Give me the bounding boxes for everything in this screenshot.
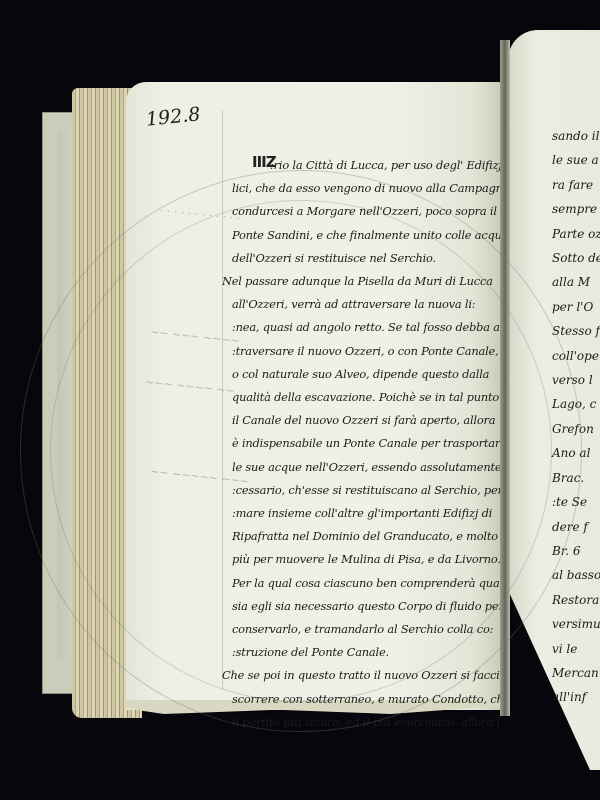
- text-line: :rio la Città di Lucca, per uso degl' Ed…: [232, 154, 500, 177]
- text-line: le sue acque nell'Ozzeri, essendo assolu…: [232, 456, 500, 479]
- text-line: :struzione del Ponte Canale.: [232, 641, 500, 664]
- book-gutter: [500, 40, 510, 716]
- text-line: Ponte Sandini, e che finalmente unito co…: [232, 224, 500, 247]
- text-line: alla M: [552, 270, 600, 294]
- text-line: Nel passare adunque la Pisella da Muri d…: [222, 270, 500, 293]
- margin-rule-line: [222, 110, 223, 690]
- text-line: Sotto de: [552, 246, 600, 270]
- text-line: Ano al: [552, 441, 600, 465]
- text-line: Br. 6: [552, 539, 600, 563]
- text-line: all'Ozzeri, verrà ad attraversare la nuo…: [232, 293, 500, 316]
- text-line: Brac.: [552, 466, 600, 490]
- text-line: Grefon: [552, 417, 600, 441]
- text-line: :mare insieme coll'altre gl'importanti E…: [232, 502, 500, 525]
- text-line: Stesso f: [552, 319, 600, 343]
- left-page-text: :rio la Città di Lucca, per uso degl' Ed…: [232, 154, 500, 734]
- text-line: :traversare il nuovo Ozzeri, o con Ponte…: [232, 340, 500, 363]
- text-line: Ripafratta nel Dominio del Granducato, e…: [232, 525, 500, 548]
- text-line: :cessario, ch'esse si restituiscano al S…: [232, 479, 500, 502]
- book-photograph: . . . . . . . . . . . . ~~ ~~~ ~~~~ ~~~ …: [0, 0, 600, 800]
- text-line: ra fare: [552, 173, 600, 197]
- text-line: è indispensabile un Ponte Canale per tra…: [232, 432, 500, 455]
- text-line: :te Se: [552, 490, 600, 514]
- text-line: all'inf: [552, 685, 600, 709]
- text-line: sando il: [552, 124, 600, 148]
- text-line: coll'ope: [552, 344, 600, 368]
- text-line: per l'O: [552, 295, 600, 319]
- text-line: Lago, c: [552, 392, 600, 416]
- text-line: :nea, quasi ad angolo retto. Se tal foss…: [232, 316, 500, 339]
- text-line: il partito più sicuro, ed il più economi…: [232, 711, 500, 734]
- text-line: o col naturale suo Alveo, dipende questo…: [232, 363, 500, 386]
- text-line: Che se poi in questo tratto il nuovo Ozz…: [222, 664, 500, 687]
- text-line: più per muovere le Mulina di Pisa, e da …: [232, 548, 500, 571]
- text-line: al basso: [552, 563, 600, 587]
- text-line: conservarlo, e tramandarlo al Serchio co…: [232, 618, 500, 641]
- text-line: versimu: [552, 612, 600, 636]
- text-line: sia egli sia necessario questo Corpo di …: [232, 595, 500, 618]
- text-line: Mercan: [552, 661, 600, 685]
- text-line: scorrere con sotterraneo, e murato Condo…: [232, 688, 500, 711]
- text-line: Per la qual cosa ciascuno ben comprender…: [232, 572, 500, 595]
- text-line: qualità della escavazione. Poichè se in …: [232, 386, 500, 409]
- text-line: Restora: [552, 588, 600, 612]
- text-line: Parte ozz: [552, 222, 600, 246]
- text-line: dell'Ozzeri si restituisce nel Serchio.: [232, 247, 500, 270]
- right-page-text: sando il le sue a ra fare sempre u Parte…: [552, 124, 600, 710]
- text-line: vi le: [552, 637, 600, 661]
- text-line: sempre u: [552, 197, 600, 221]
- text-line: il Canale del nuovo Ozzeri si farà apert…: [232, 409, 500, 432]
- text-line: lici, che da esso vengono di nuovo alla …: [232, 177, 500, 200]
- text-line: dere f: [552, 515, 600, 539]
- text-line: le sue a: [552, 148, 600, 172]
- text-line: condurcesi a Morgare nell'Ozzeri, poco s…: [232, 200, 500, 223]
- text-line: verso l: [552, 368, 600, 392]
